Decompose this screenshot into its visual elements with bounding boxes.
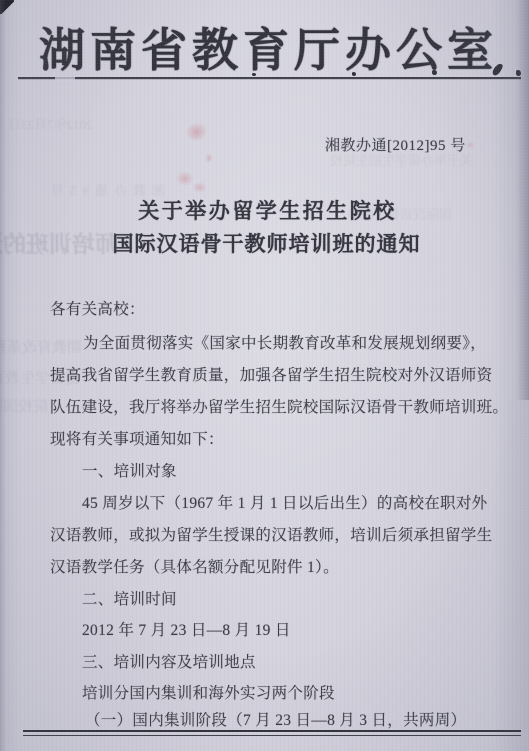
body-line: 为全面贯彻落实《国家中长期教育改革和发展规划纲要》， bbox=[83, 331, 486, 353]
ink-speck bbox=[352, 72, 356, 76]
scanned-document-page: 2012年7月23日 关于举办留学生招生院校 湘教办通95号 师培训班的通 国际… bbox=[0, 0, 529, 751]
body-line-section-heading: 三、培训内容及培训地点 bbox=[82, 650, 256, 672]
notice-title-line2: 国际汉语骨干教师培训班的通知 bbox=[0, 228, 529, 258]
body-line-section-heading: 二、培训时间 bbox=[82, 587, 177, 609]
footer-double-rule bbox=[23, 730, 521, 736]
pink-stain bbox=[176, 171, 194, 186]
pink-stain bbox=[184, 121, 209, 144]
body-line: 2012 年 7 月 23 日—8 月 19 日 bbox=[82, 618, 291, 640]
body-line: 提高我省留学生教育质量，加强各留学生招生院校对外汉语师资 bbox=[50, 363, 492, 385]
body-line: 现将有关事项通知如下： bbox=[50, 427, 224, 449]
letterhead-title: 湖南省教育厅办公室 bbox=[0, 14, 529, 80]
body-line: 汉语教学任务（具体名额分配见附件 1）。 bbox=[50, 555, 339, 577]
ink-speck bbox=[252, 73, 256, 76]
body-line-salutation: 各有关高校： bbox=[50, 297, 145, 319]
letterhead-rule bbox=[18, 77, 521, 79]
pink-stain bbox=[205, 153, 213, 163]
letterhead-rule-gap bbox=[55, 76, 75, 81]
body-line-section-heading: 一、培训对象 bbox=[82, 459, 177, 481]
body-line: 培训分国内集训和海外实习两个阶段 bbox=[82, 681, 335, 703]
notice-title-line1: 关于举办留学生招生院校 bbox=[0, 195, 529, 225]
body-line: 45 周岁以下（1967 年 1 月 1 日以后出生）的高校在职对外 bbox=[82, 491, 487, 513]
body-line: 汉语教师，或拟为留学生授课的汉语教师，培训后须承担留学生 bbox=[50, 523, 492, 545]
bleed-through-text: 院校国际 bbox=[0, 395, 48, 416]
document-number: 湘教办通[2012]95 号 bbox=[325, 134, 466, 155]
ink-speck bbox=[432, 70, 437, 75]
body-line: 队伍建设，我厅将举办留学生招生院校国际汉语骨干教师培训班。 bbox=[50, 395, 508, 417]
page-edge-shadow-left bbox=[0, 0, 6, 751]
bleed-through-text: 期教育改革和 bbox=[0, 336, 82, 357]
ink-speck bbox=[516, 70, 521, 76]
body-line: （一）国内集训阶段（7 月 23 日—8 月 3 日，共两周） bbox=[85, 708, 466, 730]
bleed-through-text: 2012年7月23日 bbox=[8, 114, 93, 133]
pink-stain bbox=[192, 182, 207, 193]
pink-stain bbox=[466, 141, 475, 149]
